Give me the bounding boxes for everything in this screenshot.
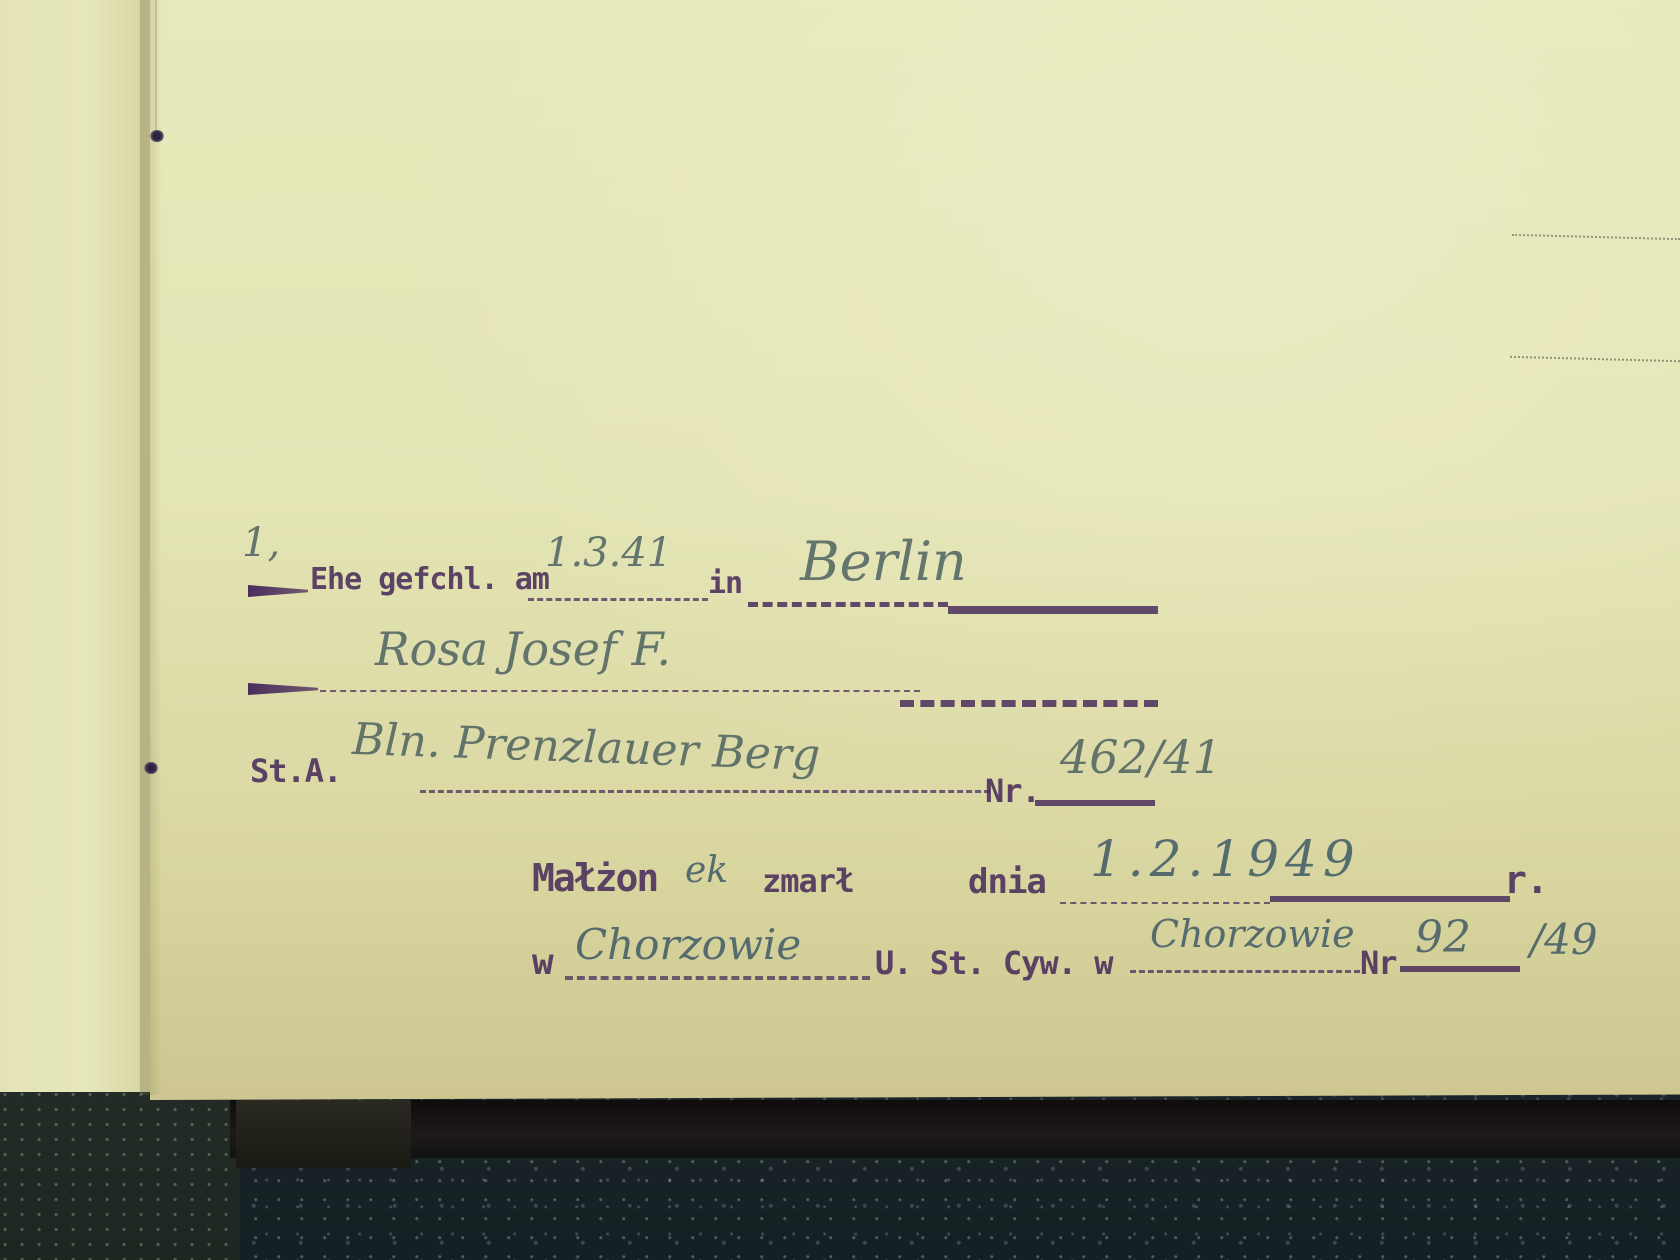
book-cover-edge — [230, 1100, 1680, 1158]
left-page — [0, 0, 150, 1092]
marriage-place-value: Berlin — [800, 530, 967, 593]
stamp-solid-line — [948, 606, 1158, 614]
stamp-dotted-line — [528, 598, 708, 601]
stamp-dotted-line — [1060, 902, 1270, 904]
marriage-date-value: 1.3.41 — [545, 530, 672, 576]
label-in: in — [708, 566, 742, 601]
gutter-shadow — [140, 0, 162, 1095]
label-civil-office: U. St. Cyw. w — [875, 944, 1112, 982]
stamp-dotted-line — [320, 690, 920, 692]
label-date: dnia — [968, 862, 1046, 902]
binding-stitch-hole — [150, 130, 164, 142]
label-death-place: w — [532, 942, 553, 983]
stamp-solid-line — [1035, 800, 1155, 806]
label-number: Nr. — [985, 772, 1040, 810]
book-cover-tab — [236, 1100, 411, 1168]
label-spouse: Małżon — [532, 856, 657, 900]
label-registry-office: St.A. — [250, 752, 341, 790]
stamp-dashed-line — [900, 700, 1158, 707]
label-marriage-date: Ehe gefchl. am — [310, 562, 549, 597]
death-date-value: 1.2.1949 — [1090, 830, 1361, 888]
stamp-dotted-line — [748, 602, 948, 607]
death-number-suffix: /49 — [1530, 915, 1598, 964]
stamp-dotted-line — [420, 790, 990, 793]
label-year-end: r. — [1504, 858, 1548, 902]
stamp-solid-line — [1270, 896, 1510, 902]
registry-number-value: 462/41 — [1060, 730, 1222, 784]
page-crease — [155, 0, 157, 140]
spouse-suffix-value: ek — [685, 850, 728, 891]
stamp-solid-line — [1400, 966, 1520, 972]
binding-stitch-hole — [144, 762, 158, 774]
spouse-name-value: Rosa Josef F. — [375, 622, 671, 676]
death-number-value: 92 — [1415, 912, 1471, 963]
stamp-dotted-line — [565, 976, 870, 980]
label-death-number: Nr — [1360, 944, 1397, 982]
background-cloth-left — [0, 1090, 240, 1260]
civil-office-value: Chorzowie — [1150, 912, 1355, 956]
stamp-dotted-line — [1130, 970, 1360, 973]
entry-number: 1, — [242, 520, 280, 566]
death-place-value: Chorzowie — [575, 920, 801, 969]
label-died: zmarł — [762, 862, 853, 900]
